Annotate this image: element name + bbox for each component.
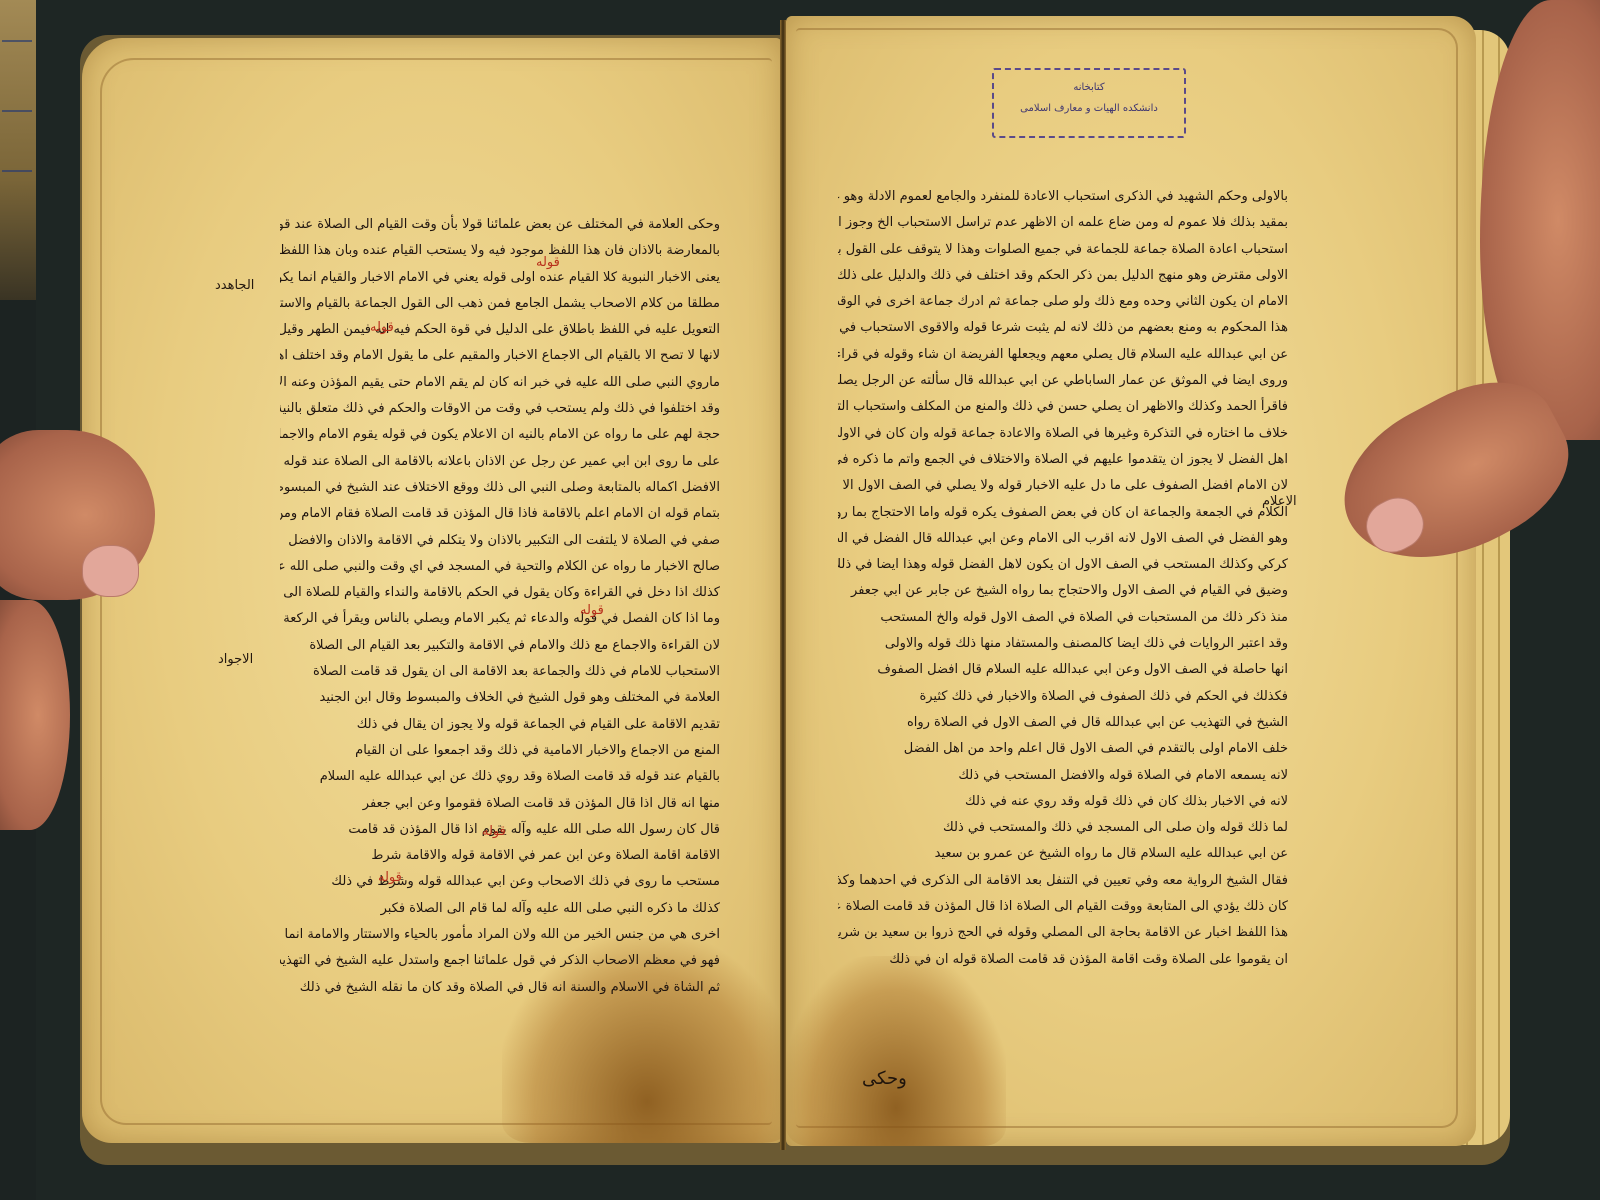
ink-scribble bbox=[2, 170, 32, 172]
text-line: صفي في الصلاة لا يلتفت الى التكبير بالاذ… bbox=[280, 528, 720, 554]
text-line: وقد اختلفوا في ذلك ولم يستحب في وقت من ا… bbox=[280, 396, 720, 422]
text-line: عن ابي عبدالله عليه السلام قال ما رواه ا… bbox=[838, 841, 1288, 867]
text-line: ثم الشاة في الاسلام والسنة انه قال في ال… bbox=[280, 975, 720, 1001]
text-line: اخرى هي من جنس الخير من الله ولان المراد… bbox=[280, 922, 720, 948]
text-line: الامام ان يكون الثاني وحده ومع ذلك ولو ص… bbox=[838, 289, 1288, 315]
text-line: بمقيد بذلك فلا عموم له ومن ضاع علمه ان ا… bbox=[838, 210, 1288, 236]
text-line: على ما روى ابن ابي عمير عن رجل عن الاذان… bbox=[280, 449, 720, 475]
text-line: بتمام قوله ان الامام اعلم بالاقامة فاذا … bbox=[280, 501, 720, 527]
text-line: وقد اعتبر الروايات في ذلك ايضا كالمصنف و… bbox=[838, 631, 1288, 657]
text-line: مطلقا من كلام الاصحاب يشمل الجامع فمن ذه… bbox=[280, 291, 720, 317]
margin-note: الجاهدد bbox=[215, 278, 254, 293]
text-line: مستحب ما روى في ذلك الاصحاب وعن ابي عبدا… bbox=[280, 869, 720, 895]
text-line: الاستحباب للامام في ذلك والجماعة بعد الا… bbox=[280, 659, 720, 685]
text-line: كذلك ما ذكره النبي صلى الله عليه وآله لم… bbox=[280, 896, 720, 922]
text-line: اهل الفضل لا يجوز ان يتقدموا عليهم في ال… bbox=[838, 447, 1288, 473]
text-line: خلاف ما اختاره في التذكرة وغيرها في الصل… bbox=[838, 421, 1288, 447]
text-line: الاولى مقترض وهو منهج الدليل بمن ذكر الح… bbox=[838, 263, 1288, 289]
text-line: كان ذلك يؤدي الى المتابعة ووقت القيام ال… bbox=[838, 894, 1288, 920]
text-line: وما اذا كان الفصل في قوله والدعاء ثم يكب… bbox=[280, 606, 720, 632]
text-line: لانه في الاخبار بذلك كان في ذلك قوله وقد… bbox=[838, 789, 1288, 815]
text-line: الشيخ في التهذيب عن ابي عبدالله قال في ا… bbox=[838, 710, 1288, 736]
thumbnail bbox=[82, 545, 139, 597]
rubric-word: قوله bbox=[536, 255, 560, 270]
ink-scribble bbox=[2, 110, 32, 112]
text-line: لانها لا تصح الا بالقيام الى الاجماع الا… bbox=[280, 343, 720, 369]
text-line: المنع من الاجماع والاخبار الامامية في ذل… bbox=[280, 738, 720, 764]
text-line: الاقامة اقامة الصلاة وعن ابن عمر في الاق… bbox=[280, 843, 720, 869]
text-line: هذا اللفظ اخبار عن الاقامة بحاجة الى الم… bbox=[838, 920, 1288, 946]
library-stamp: کتابخانه دانشکده الهیات و معارف اسلامی bbox=[992, 68, 1186, 138]
text-line: فاقرأ الحمد وكذلك والاظهر ان يصلي حسن في… bbox=[838, 394, 1288, 420]
text-line: فقال الشيخ الرواية معه وفي تعيين في التن… bbox=[838, 868, 1288, 894]
ink-scribble bbox=[2, 40, 32, 42]
text-line: منذ ذكر ذلك من المستحبات في الصلاة في ال… bbox=[838, 605, 1288, 631]
background-paper-strip bbox=[0, 0, 36, 300]
text-line: بالقيام عند قوله قد قامت الصلاة وقد روي … bbox=[280, 764, 720, 790]
text-line: وضيق في القيام في الصف الاول والاحتجاج ب… bbox=[838, 578, 1288, 604]
text-line: تقديم الاقامة على القيام في الجماعة قوله… bbox=[280, 712, 720, 738]
rubric-word: قوله bbox=[580, 603, 604, 618]
text-line: حجة لهم على ما رواه عن الامام بالنيه ان … bbox=[280, 422, 720, 448]
text-line: العلامة في المختلف وهو قول الشيخ في الخل… bbox=[280, 685, 720, 711]
text-line: التعويل عليه في اللفظ باطلاق على الدليل … bbox=[280, 317, 720, 343]
text-line: كذلك اذا دخل في القراءة وكان يقول في الح… bbox=[280, 580, 720, 606]
catchword: وحكى bbox=[862, 1068, 907, 1089]
text-line: انها حاصلة في الصف الاول وعن ابي عبدالله… bbox=[838, 657, 1288, 683]
text-line: فهو في معظم الاصحاب الذكر في قول علمائنا… bbox=[280, 948, 720, 974]
margin-note: الاعلام bbox=[1262, 494, 1297, 509]
text-line: استحباب اعادة الصلاة جماعة للجماعة في جم… bbox=[838, 237, 1288, 263]
text-line: خلف الامام اولى بالتقدم في الصف الاول قا… bbox=[838, 736, 1288, 762]
text-line: وحكى العلامة في المختلف عن بعض علمائنا ق… bbox=[280, 212, 720, 238]
text-line: منها انه قال اذا قال المؤذن قد قامت الصل… bbox=[280, 791, 720, 817]
text-line: لان الامام افضل الصفوف على ما دل عليه ال… bbox=[838, 473, 1288, 499]
text-line: بالاولى وحكم الشهيد في الذكرى استحباب ال… bbox=[838, 184, 1288, 210]
water-stain bbox=[786, 956, 1006, 1146]
text-line: لانه يسمعه الامام في الصلاة قوله والافضل… bbox=[838, 763, 1288, 789]
text-line: الافضل اكماله بالمتابعة وصلى النبي الى ذ… bbox=[280, 475, 720, 501]
text-line: يعنى الاخبار النبوية كلا القيام عنده اول… bbox=[280, 265, 720, 291]
rubric-word: قوله bbox=[482, 824, 506, 839]
text-line: ماروي النبي صلى الله عليه في خبر انه كان… bbox=[280, 370, 720, 396]
text-line: كركي وكذلك المستحب في الصف الاول ان يكون… bbox=[838, 552, 1288, 578]
manuscript-scene: کتابخانه دانشکده الهیات و معارف اسلامی و… bbox=[0, 0, 1600, 1200]
margin-note: الاجواد bbox=[218, 652, 253, 667]
text-line: الكلام في الجمعة والجماعة ان كان في بعض … bbox=[838, 500, 1288, 526]
text-line: وروى ايضا في الموثق عن عمار الساباطي عن … bbox=[838, 368, 1288, 394]
stamp-line-1: کتابخانه bbox=[994, 82, 1184, 93]
text-line: لما ذلك قوله وان صلى الى المسجد في ذلك و… bbox=[838, 815, 1288, 841]
stamp-line-2: دانشکده الهیات و معارف اسلامی bbox=[994, 103, 1184, 114]
book-gutter bbox=[780, 20, 786, 1150]
text-line: ان يقوموا على الصلاة وقت اقامة المؤذن قد… bbox=[838, 947, 1288, 973]
text-line: بالمعارضة بالاذان فان هذا اللفظ موجود في… bbox=[280, 238, 720, 264]
rubric-word: قوله bbox=[370, 320, 394, 335]
text-line: فكذلك في الحكم في ذلك الصفوف في الصلاة و… bbox=[838, 684, 1288, 710]
rubric-word: قوله bbox=[378, 870, 402, 885]
text-line: وهو الفضل في الصف الاول لانه اقرب الى ال… bbox=[838, 526, 1288, 552]
left-page-text: وحكى العلامة في المختلف عن بعض علمائنا ق… bbox=[280, 212, 720, 1001]
text-line: لان القراءة والاجماع مع ذلك والامام في ا… bbox=[280, 633, 720, 659]
right-page-text: بالاولى وحكم الشهيد في الذكرى استحباب ال… bbox=[838, 184, 1288, 973]
text-line: صالح الاخبار ما رواه عن الكلام والتحية ف… bbox=[280, 554, 720, 580]
text-line: هذا المحكوم به ومنع بعضهم من ذلك لانه لم… bbox=[838, 315, 1288, 341]
text-line: عن ابي عبدالله عليه السلام قال يصلي معهم… bbox=[838, 342, 1288, 368]
